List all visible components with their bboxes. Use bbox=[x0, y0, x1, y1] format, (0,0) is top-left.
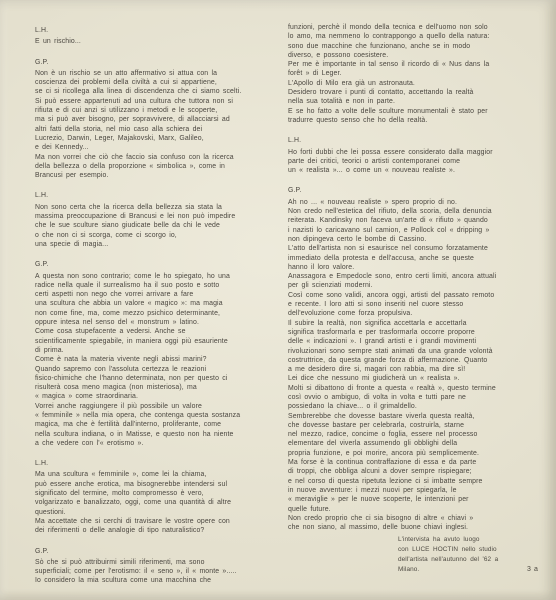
speaker-label: G.P. bbox=[35, 260, 279, 269]
interview-footnote: L'intervista ha avuto luogo con LUCE HOC… bbox=[398, 535, 540, 575]
paragraph: E un rischio... bbox=[35, 37, 279, 46]
paragraph: A questa non sono contrario; come le ho … bbox=[35, 272, 279, 449]
paragraph: Ho forti dubbi che lei possa essere cons… bbox=[288, 148, 536, 176]
speaker-label: L.H. bbox=[288, 136, 536, 145]
speaker-label: L.H. bbox=[35, 191, 279, 200]
left-column: L.H. E un rischio... G.P. Non è un risch… bbox=[35, 24, 279, 586]
paragraph: Ah no ... « nouveau realiste » spero pro… bbox=[288, 198, 536, 533]
speaker-label: G.P. bbox=[35, 547, 279, 556]
page-number: 3 a bbox=[527, 566, 539, 573]
paragraph: Non è un rischio se un atto affermativo … bbox=[35, 69, 279, 181]
paragraph: Non sono certa che la ricerca della bell… bbox=[35, 203, 279, 249]
speaker-label: G.P. bbox=[288, 186, 536, 195]
paragraph: funzioni, perchè il mondo della tecnica … bbox=[288, 23, 536, 125]
speaker-label: L.H. bbox=[35, 26, 279, 35]
paragraph: Ma una scultura « femminile », come lei … bbox=[35, 470, 279, 535]
speaker-label: L.H. bbox=[35, 459, 279, 468]
speaker-label: G.P. bbox=[35, 58, 279, 67]
right-column: funzioni, perchè il mondo della tecnica … bbox=[288, 23, 536, 532]
paragraph: Sò che si può attribuirmi simili riferim… bbox=[35, 558, 279, 586]
